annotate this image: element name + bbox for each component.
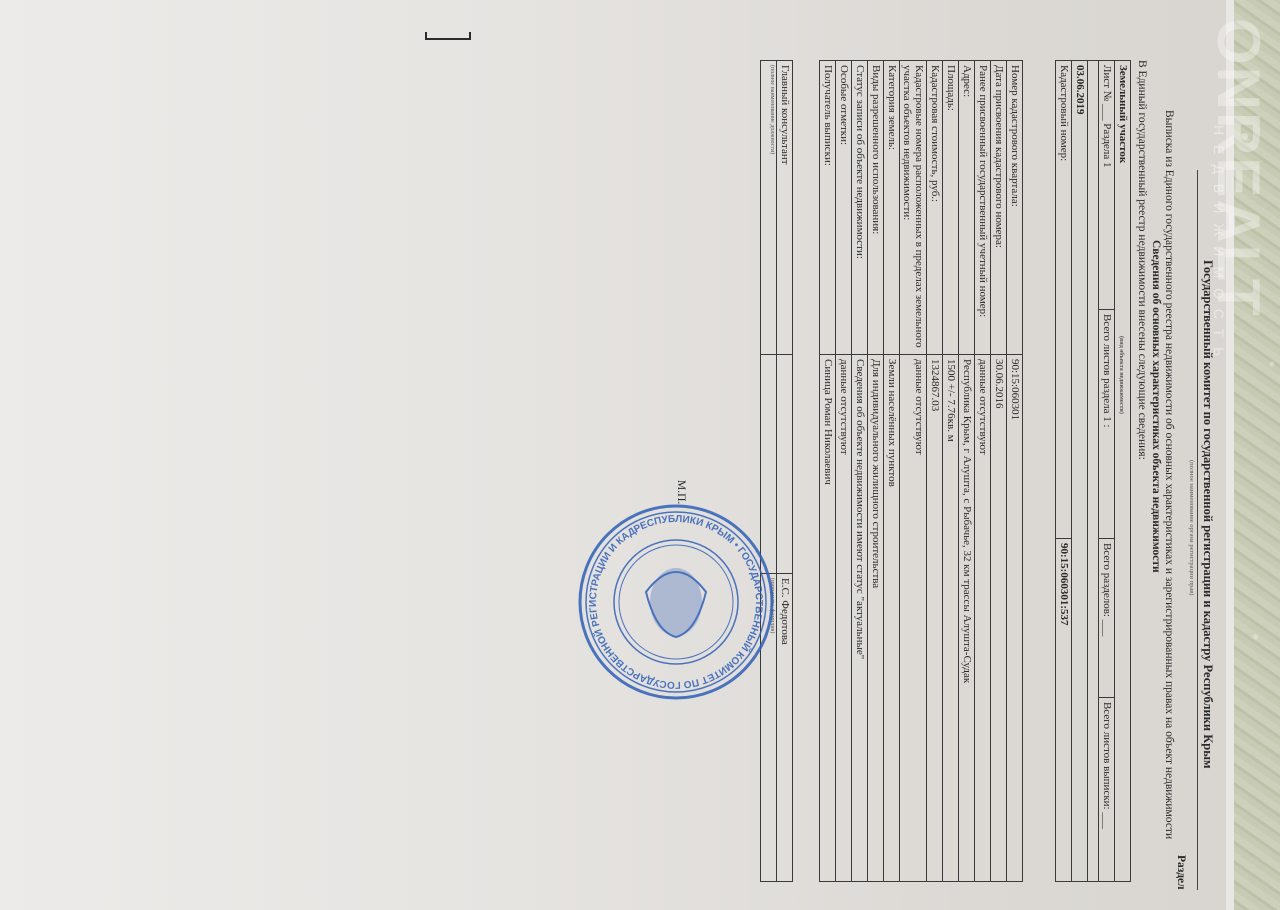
document-subheading: Сведения об основных характеристиках объ… bbox=[1150, 240, 1162, 573]
document-heading: Выписка из Единого государственного реес… bbox=[1163, 110, 1175, 839]
table-row: Категория земель:Земли населённых пункто… bbox=[884, 61, 900, 882]
table-row: Виды разрешенного использования:Для инди… bbox=[868, 61, 884, 882]
intro-text: В Единый государственный реестр недвижим… bbox=[1136, 60, 1148, 460]
total-sheets-section: Всего листов раздела 1 : bbox=[1099, 310, 1115, 539]
section-number: Раздела 1 bbox=[1101, 123, 1113, 167]
signer-name: Е.С. Федотова bbox=[777, 574, 793, 882]
total-sheets-extract: Всего листов выписки: bbox=[1101, 702, 1113, 810]
table-row: Площадь:1500 +/- 7.76кв. м bbox=[943, 61, 959, 882]
section-label: Раздел bbox=[1175, 855, 1187, 890]
table-row: Кадастровые номера расположенных в преде… bbox=[900, 61, 927, 882]
table-row: Получатель выписки:Синица Роман Николаев… bbox=[820, 61, 836, 882]
seal-caption: М.П. bbox=[675, 480, 687, 504]
title-underline bbox=[1197, 170, 1198, 890]
cadastral-number-label: Кадастровый номер: bbox=[1056, 61, 1072, 539]
sheet-number: Лист № bbox=[1101, 65, 1113, 101]
table-row: Особые отметки:данные отсутствуют bbox=[836, 61, 852, 882]
signer-position: Главный консультант bbox=[777, 61, 793, 355]
table-row: Дата присвоения кадастрового номера:30.0… bbox=[991, 61, 1007, 882]
cadastral-number: 90:15:060301:537 bbox=[1056, 539, 1072, 882]
table-row: Номер кадастрового квартала:90:15:060301 bbox=[1007, 61, 1023, 882]
authority-title: Государственный комитет по государственн… bbox=[1200, 260, 1215, 769]
total-sections: Всего разделов: bbox=[1101, 543, 1113, 617]
authority-caption: (полное наименование органа регистрации … bbox=[1188, 460, 1195, 595]
table-row: Адрес:Республика Крым, г Алушта, с Рыбач… bbox=[959, 61, 975, 882]
official-seal-stamp: РЕСПУБЛИКИ КРЫМ • ГОСУДАРСТВЕННЫЙ КОМИТЕ… bbox=[576, 502, 776, 702]
document-date: 03.06.2019 bbox=[1072, 61, 1088, 882]
header-table: Земельный участок (вид объекта недвижимо… bbox=[1055, 60, 1131, 882]
object-type-caption: (вид объекта недвижимости) bbox=[1118, 336, 1124, 414]
paper-bracket-mark bbox=[425, 32, 471, 40]
table-row: Статус записи об объекте недвижимости:Св… bbox=[852, 61, 868, 882]
signature-table: Главный консультант Е.С. Федотова (полно… bbox=[760, 60, 793, 882]
table-row: Кадастровая стоимость, руб.:1324867.03 bbox=[927, 61, 943, 882]
table-row: Ранее присвоенный государственный учетны… bbox=[975, 61, 991, 882]
signer-position-caption: (полное наименование должности) bbox=[761, 61, 777, 355]
characteristics-table: Номер кадастрового квартала:90:15:060301… bbox=[819, 60, 1023, 882]
object-type: Земельный участок bbox=[1117, 65, 1129, 163]
extract-document: ONREALT НЕДВИЖИМОСТЬ Государственный ком… bbox=[685, 0, 1225, 910]
